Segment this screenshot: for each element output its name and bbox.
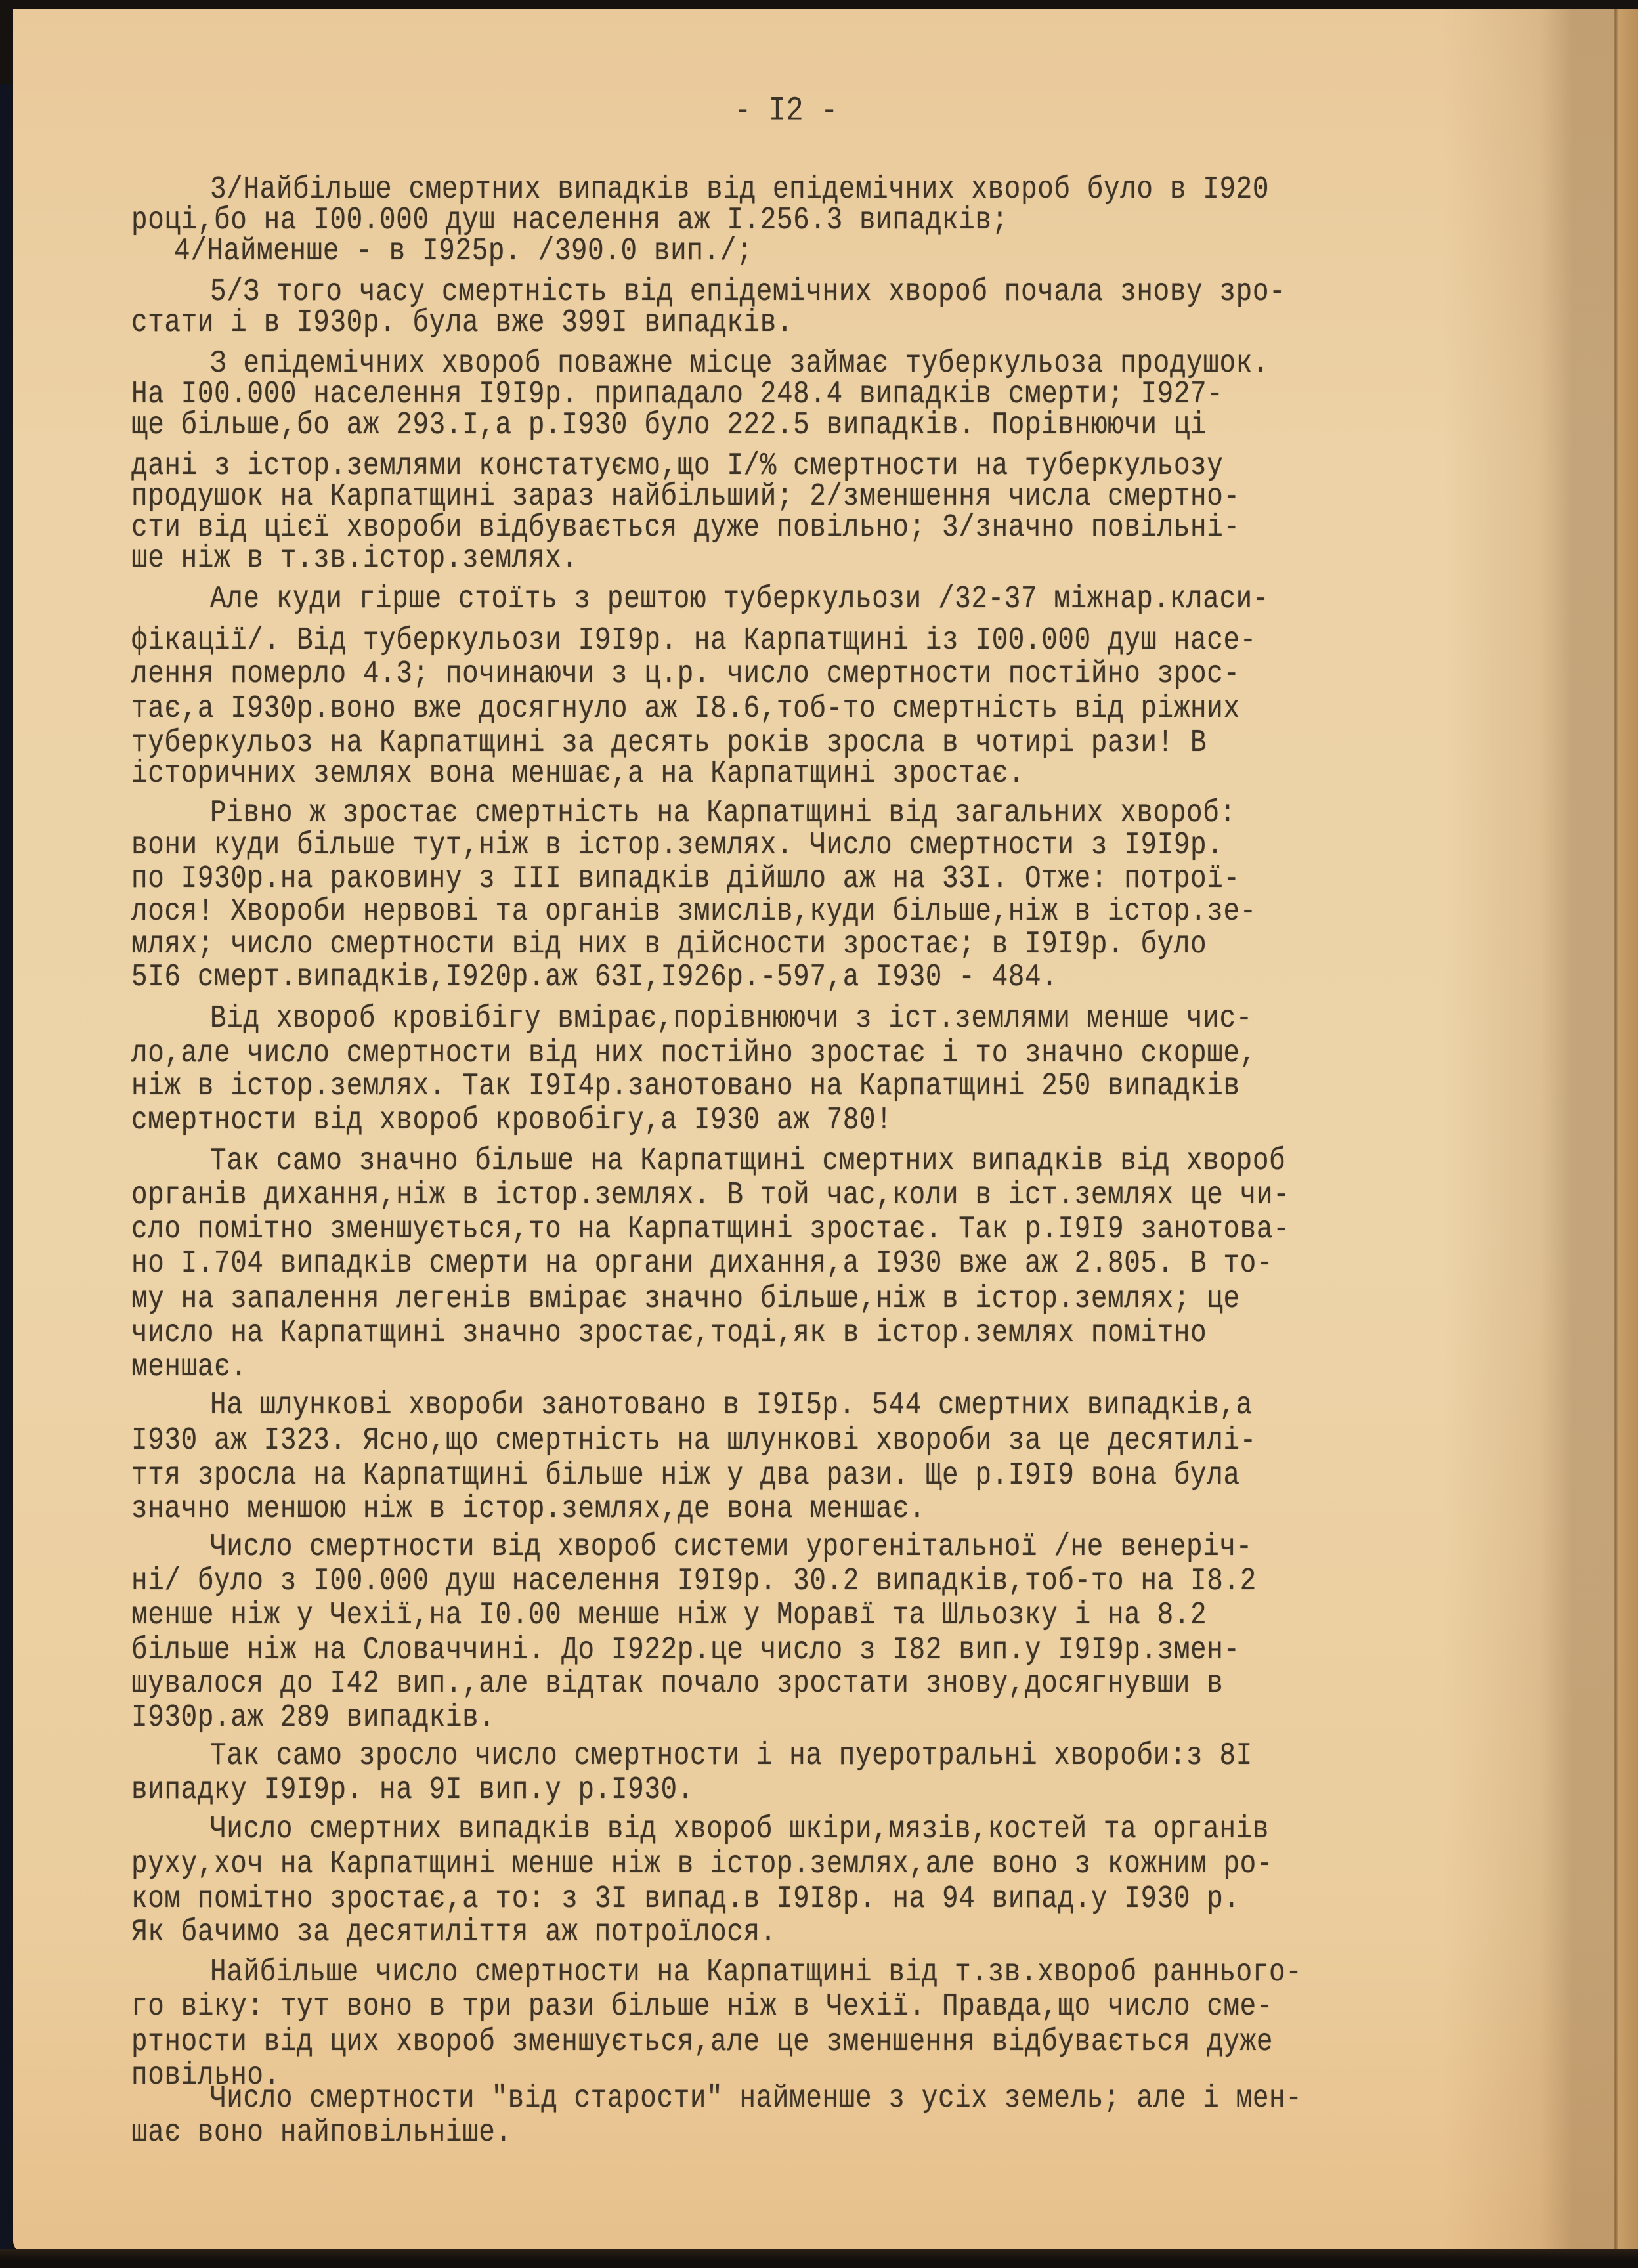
text-line: фікації/. Від туберкульози I9I9р. на Кар… — [131, 623, 1257, 659]
text-line: ком помітно зростає,а то: з 3I випад.в I… — [131, 1881, 1240, 1917]
text-line: ртности від цих хвороб зменшується,але ц… — [131, 2024, 1273, 2061]
text-line: по I930р.на раковину з III випадків дійш… — [131, 861, 1240, 897]
text-line: ття зросла на Карпатщині більше ніж у дв… — [131, 1458, 1240, 1494]
text-line: Число смертности від хвороб системи урог… — [210, 1530, 1253, 1566]
text-line: тає,а I930р.воно вже досягнуло аж I8.6,т… — [131, 691, 1240, 727]
text-line: Рівно ж зростає смертність на Карпатщині… — [210, 796, 1236, 832]
text-line: I930 аж I323. Ясно,що смертність на шлун… — [131, 1423, 1257, 1459]
text-line: Від хвороб кровібігу вмірає,порівнюючи з… — [210, 1001, 1253, 1037]
text-line: но I.704 випадків смерти на органи дихан… — [131, 1246, 1273, 1282]
text-line: стати і в I930р. була вже 399I випадків. — [131, 305, 793, 341]
text-line: ще більше,бо аж 293.I,а р.I930 було 222.… — [131, 408, 1207, 444]
text-line: значно меншою ніж в істор.землях,де вона… — [131, 1491, 926, 1528]
text-line: I930р.аж 289 випадків. — [131, 1700, 496, 1736]
text-line: Найбільше число смертности на Карпатщині… — [210, 1955, 1302, 1991]
text-line: На шлункові хвороби занотовано в I9I5р. … — [210, 1388, 1253, 1424]
text-line: млях; число смертности від них в дійснос… — [131, 927, 1207, 963]
text-line: вони куди більше тут,ніж в істор.землях.… — [131, 828, 1223, 864]
text-line: Як бачимо за десятиліття аж потроїлося. — [131, 1915, 777, 1951]
text-line: му на запалення легенів вмірає значно бі… — [131, 1281, 1240, 1317]
text-line: випадку I9I9р. на 9I вип.у р.I930. — [131, 1772, 694, 1808]
text-line: шає воно найповільніше. — [131, 2115, 512, 2151]
text-line: меншає. — [131, 1350, 247, 1386]
typewritten-text: - I2 - 3/Найбільше смертних випадків від… — [0, 0, 1638, 2268]
text-line: смертности від хвороб кровобігу,а I930 а… — [131, 1103, 892, 1139]
text-line: органів дихання,ніж в істор.землях. В то… — [131, 1178, 1289, 1214]
text-line: більше ніж на Словаччині. До I922р.це чи… — [131, 1633, 1240, 1669]
text-line: Число смертности "від старости" найменше… — [210, 2081, 1302, 2117]
text-line: ні/ було з I00.000 душ населення I9I9р. … — [131, 1564, 1257, 1600]
text-line: Але куди гірше стоїть з рештою туберкуль… — [210, 582, 1269, 618]
text-line: го віку: тут воно в три рази більше ніж … — [131, 1989, 1273, 2025]
page-number: - I2 - — [734, 92, 838, 131]
text-line: число на Карпатщині значно зростає,тоді,… — [131, 1316, 1207, 1352]
text-line: ше ніж в т.зв.істор.землях. — [131, 541, 578, 577]
text-line: історичних землях вона меншає,а на Карпа… — [131, 756, 1025, 792]
text-line: лося! Хвороби нервові та органів змислів… — [131, 894, 1257, 930]
text-line: сло помітно зменшується,то на Карпатщині… — [131, 1212, 1289, 1248]
text-line: Так само зросло число смертности і на пу… — [210, 1738, 1253, 1774]
text-line: шувалося до I42 вип.,але відтак почало з… — [131, 1666, 1223, 1702]
text-line: ніж в істор.землях. Так I9I4р.занотовано… — [131, 1069, 1240, 1105]
text-line: 5I6 смерт.випадків,I920р.аж 63I,I926р.-5… — [131, 960, 1058, 996]
text-line: ло,але число смертности від них постійно… — [131, 1036, 1257, 1072]
text-line: руху,хоч на Карпатщині менше ніж в істор… — [131, 1847, 1273, 1883]
text-line: менше ніж у Чехії,на I0.00 менше ніж у М… — [131, 1598, 1207, 1634]
text-line: Число смертних випадків від хвороб шкіри… — [210, 1812, 1269, 1848]
text-line: Так само значно більше на Карпатщині сме… — [210, 1144, 1285, 1180]
text-line: лення померло 4.3; починаючи з ц.р. числ… — [131, 656, 1240, 693]
text-line: 4/Найменше - в I925р. /390.0 вип./; — [174, 234, 753, 270]
